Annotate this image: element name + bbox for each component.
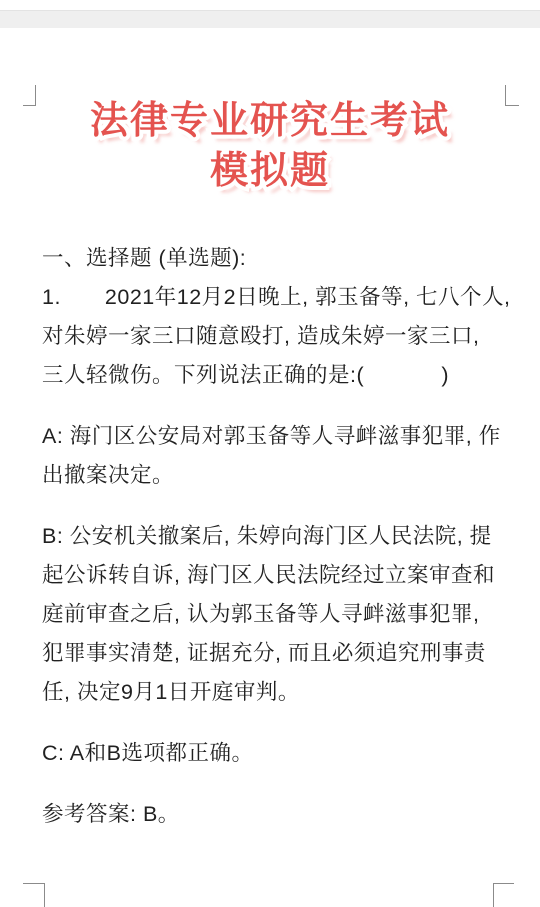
document-title-line-2: 模拟题 — [0, 146, 540, 196]
question-1-stem: 1. 2021年12月2日晚上, 郭玉备等, 七八个人, 对朱婷一家三口随意殴打… — [42, 278, 512, 395]
section-heading: 一、选择题 (单选题): — [42, 239, 512, 278]
page-top-edge-band — [0, 10, 540, 28]
document-title: 法律专业研究生考试 模拟题 — [0, 96, 540, 196]
document-page: 法律专业研究生考试 模拟题 一、选择题 (单选题): 1. 2021年12月2日… — [0, 0, 540, 907]
option-b: B: 公安机关撤案后, 朱婷向海门区人民法院, 提 起公诉转自诉, 海门区人民法… — [42, 517, 512, 712]
option-c: C: A和B选项都正确。 — [42, 734, 512, 773]
document-title-line-1: 法律专业研究生考试 — [0, 96, 540, 146]
document-body: 一、选择题 (单选题): 1. 2021年12月2日晚上, 郭玉备等, 七八个人… — [42, 239, 512, 834]
margin-corner-mark-bottom-left — [23, 883, 45, 907]
option-a: A: 海门区公安局对郭玉备等人寻衅滋事犯罪, 作 出撤案决定。 — [42, 417, 512, 495]
reference-answer: 参考答案: B。 — [42, 795, 512, 834]
margin-corner-mark-bottom-right — [493, 883, 514, 907]
